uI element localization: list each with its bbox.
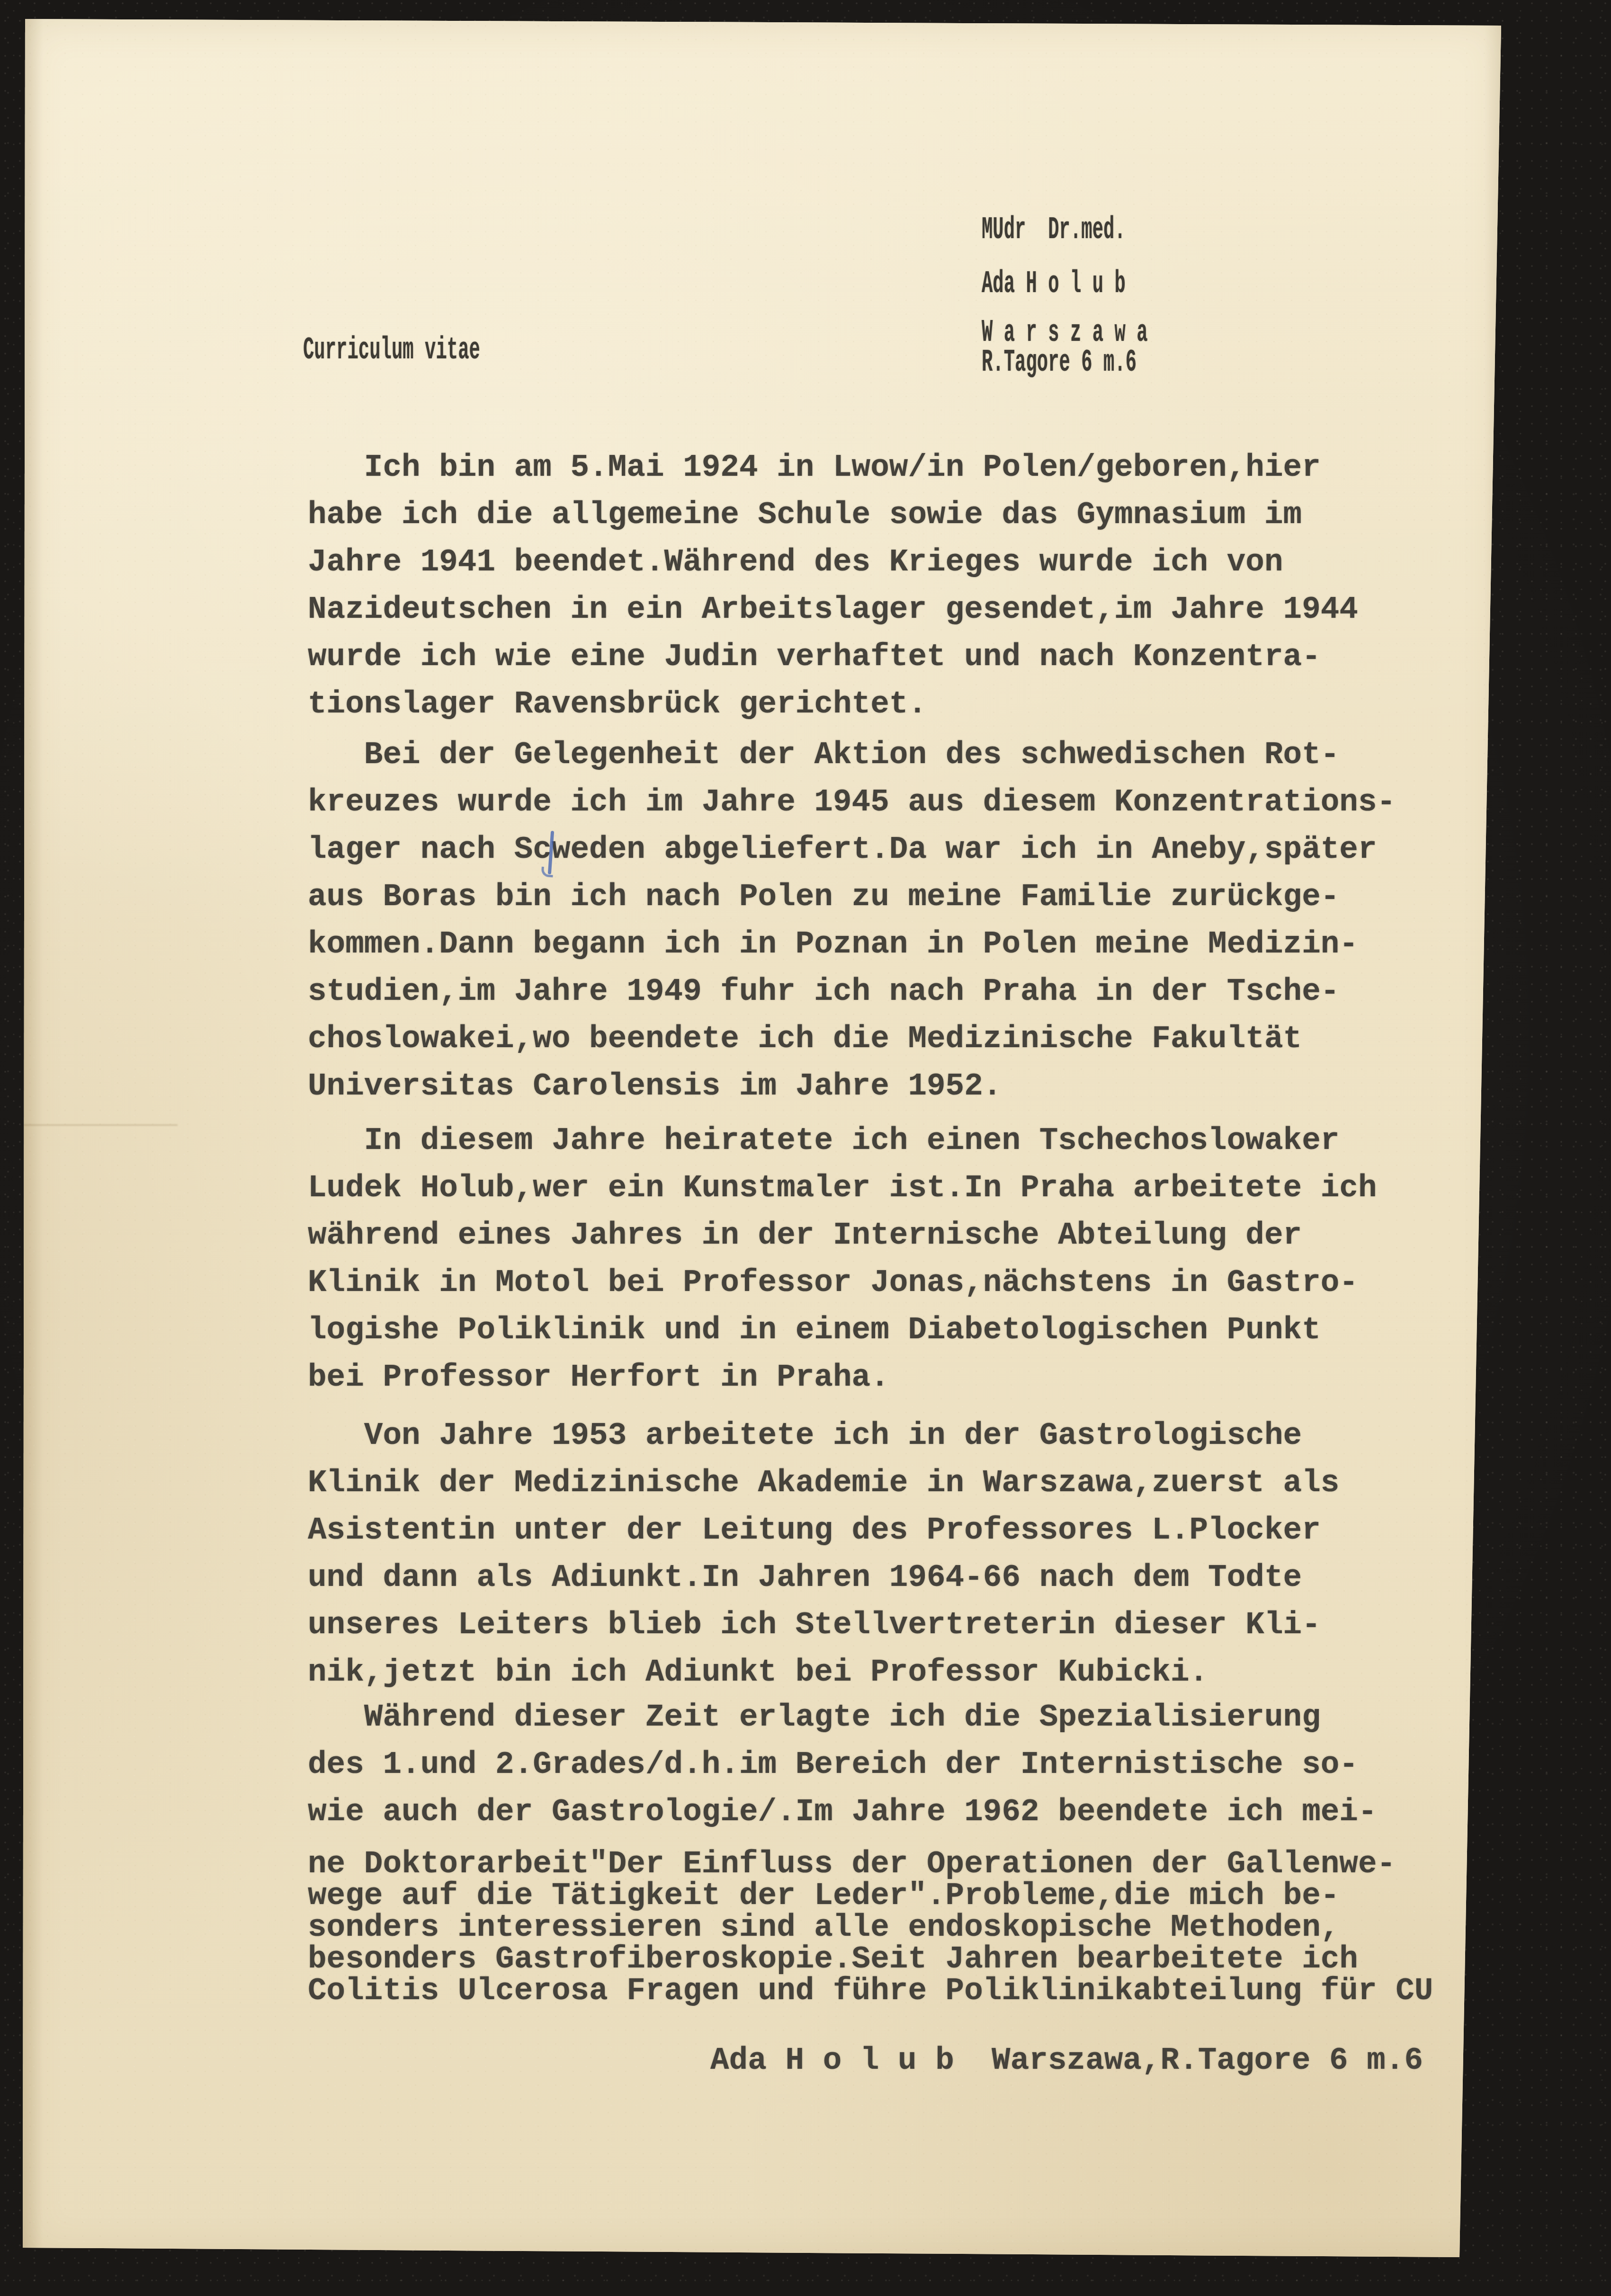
header-credentials: MUdr Dr.med. (982, 214, 1126, 246)
signature-line: Ada H o l u b Warszawa,R.Tagore 6 m.6 (710, 2045, 1423, 2076)
header-street-address: R.Tagore 6 m.6 (982, 347, 1137, 378)
paragraph-marriage-prague-work: In diesem Jahre heiratete ich einen Tsch… (308, 1117, 1482, 1401)
paragraph-birth-and-education: Ich bin am 5.Mai 1924 in Lwow/in Polen/g… (308, 444, 1482, 728)
header-city: W a r s z a w a (982, 317, 1148, 348)
paragraph-doctoral-thesis-interests: ne Doktorarbeit"Der Einfluss der Operati… (308, 1848, 1482, 2007)
document-title: Curriculum vitae (303, 335, 480, 366)
scan-backing: MUdr Dr.med. Ada H o l u b W a r s z a w… (0, 0, 1611, 2296)
cv-document-page: MUdr Dr.med. Ada H o l u b W a r s z a w… (21, 19, 1504, 2257)
header-name: Ada H o l u b (982, 268, 1126, 300)
horizontal-fold-crease (21, 1124, 178, 1126)
paragraph-red-cross-sweden-poland: Bei der Gelegenheit der Aktion des schwe… (308, 731, 1482, 1110)
paragraph-specialization: Während dieser Zeit erlagte ich die Spez… (308, 1694, 1482, 1836)
paragraph-warsaw-clinic-career: Von Jahre 1953 arbeitete ich in der Gast… (308, 1412, 1482, 1696)
